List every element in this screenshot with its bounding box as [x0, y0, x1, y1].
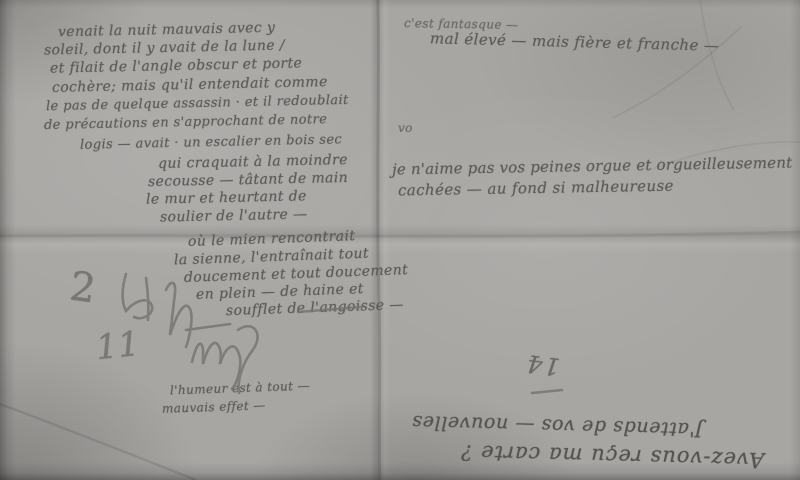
- inverted-page-number: 14: [518, 338, 568, 381]
- ink-layer: venait la nuit mauvais avec y soleil, do…: [0, 0, 800, 480]
- scribble-loop: [146, 278, 148, 320]
- scribble-loop: [123, 274, 153, 318]
- doodle-numeral-11: 11: [94, 326, 142, 368]
- manuscript-line: secousse — tâtant de main: [148, 171, 348, 191]
- footer-note-line: l'humeur est à tout —: [170, 380, 310, 398]
- inverted-line: J'attends de vos — nouvelles: [413, 411, 703, 441]
- top-right-line: mal élevé — mais fière et franche —: [430, 30, 720, 54]
- manuscript-line: de précautions en s'approchant de notre: [44, 113, 328, 133]
- manuscript-line: le pas de quelque assassin · et il redou…: [46, 94, 349, 115]
- scribble-zigzag: [166, 283, 192, 347]
- inverted-note-block: Avez-vous reçu ma carte ? J'attends de v…: [412, 371, 792, 473]
- doodle-numeral-2: 2: [67, 264, 99, 311]
- margin-mark: vo: [398, 122, 413, 135]
- underline-stroke: [186, 324, 230, 330]
- inverted-line: Avez-vous reçu ma carte ?: [412, 439, 765, 472]
- manuscript-line: le mur et heurtant de: [146, 189, 307, 208]
- manuscript-line: cochère; mais qu'il entendait comme: [52, 75, 328, 96]
- mid-right-line: cachées — au fond si malheureuse: [398, 178, 674, 199]
- mid-right-line: je n'aime pas vos peines orgue et orguei…: [392, 155, 793, 178]
- manuscript-line: qui craquait à la moindre: [158, 153, 348, 172]
- manuscript-line: et filait de l'angle obscur et porte: [50, 56, 303, 77]
- footer-note-line: mauvais effet —: [162, 399, 266, 416]
- manuscript-line: soulier de l'autre —: [160, 207, 308, 225]
- manuscript-line: logis — avait · un escalier en bois sec: [80, 133, 342, 153]
- manuscript-photo: venait la nuit mauvais avec y soleil, do…: [0, 0, 800, 480]
